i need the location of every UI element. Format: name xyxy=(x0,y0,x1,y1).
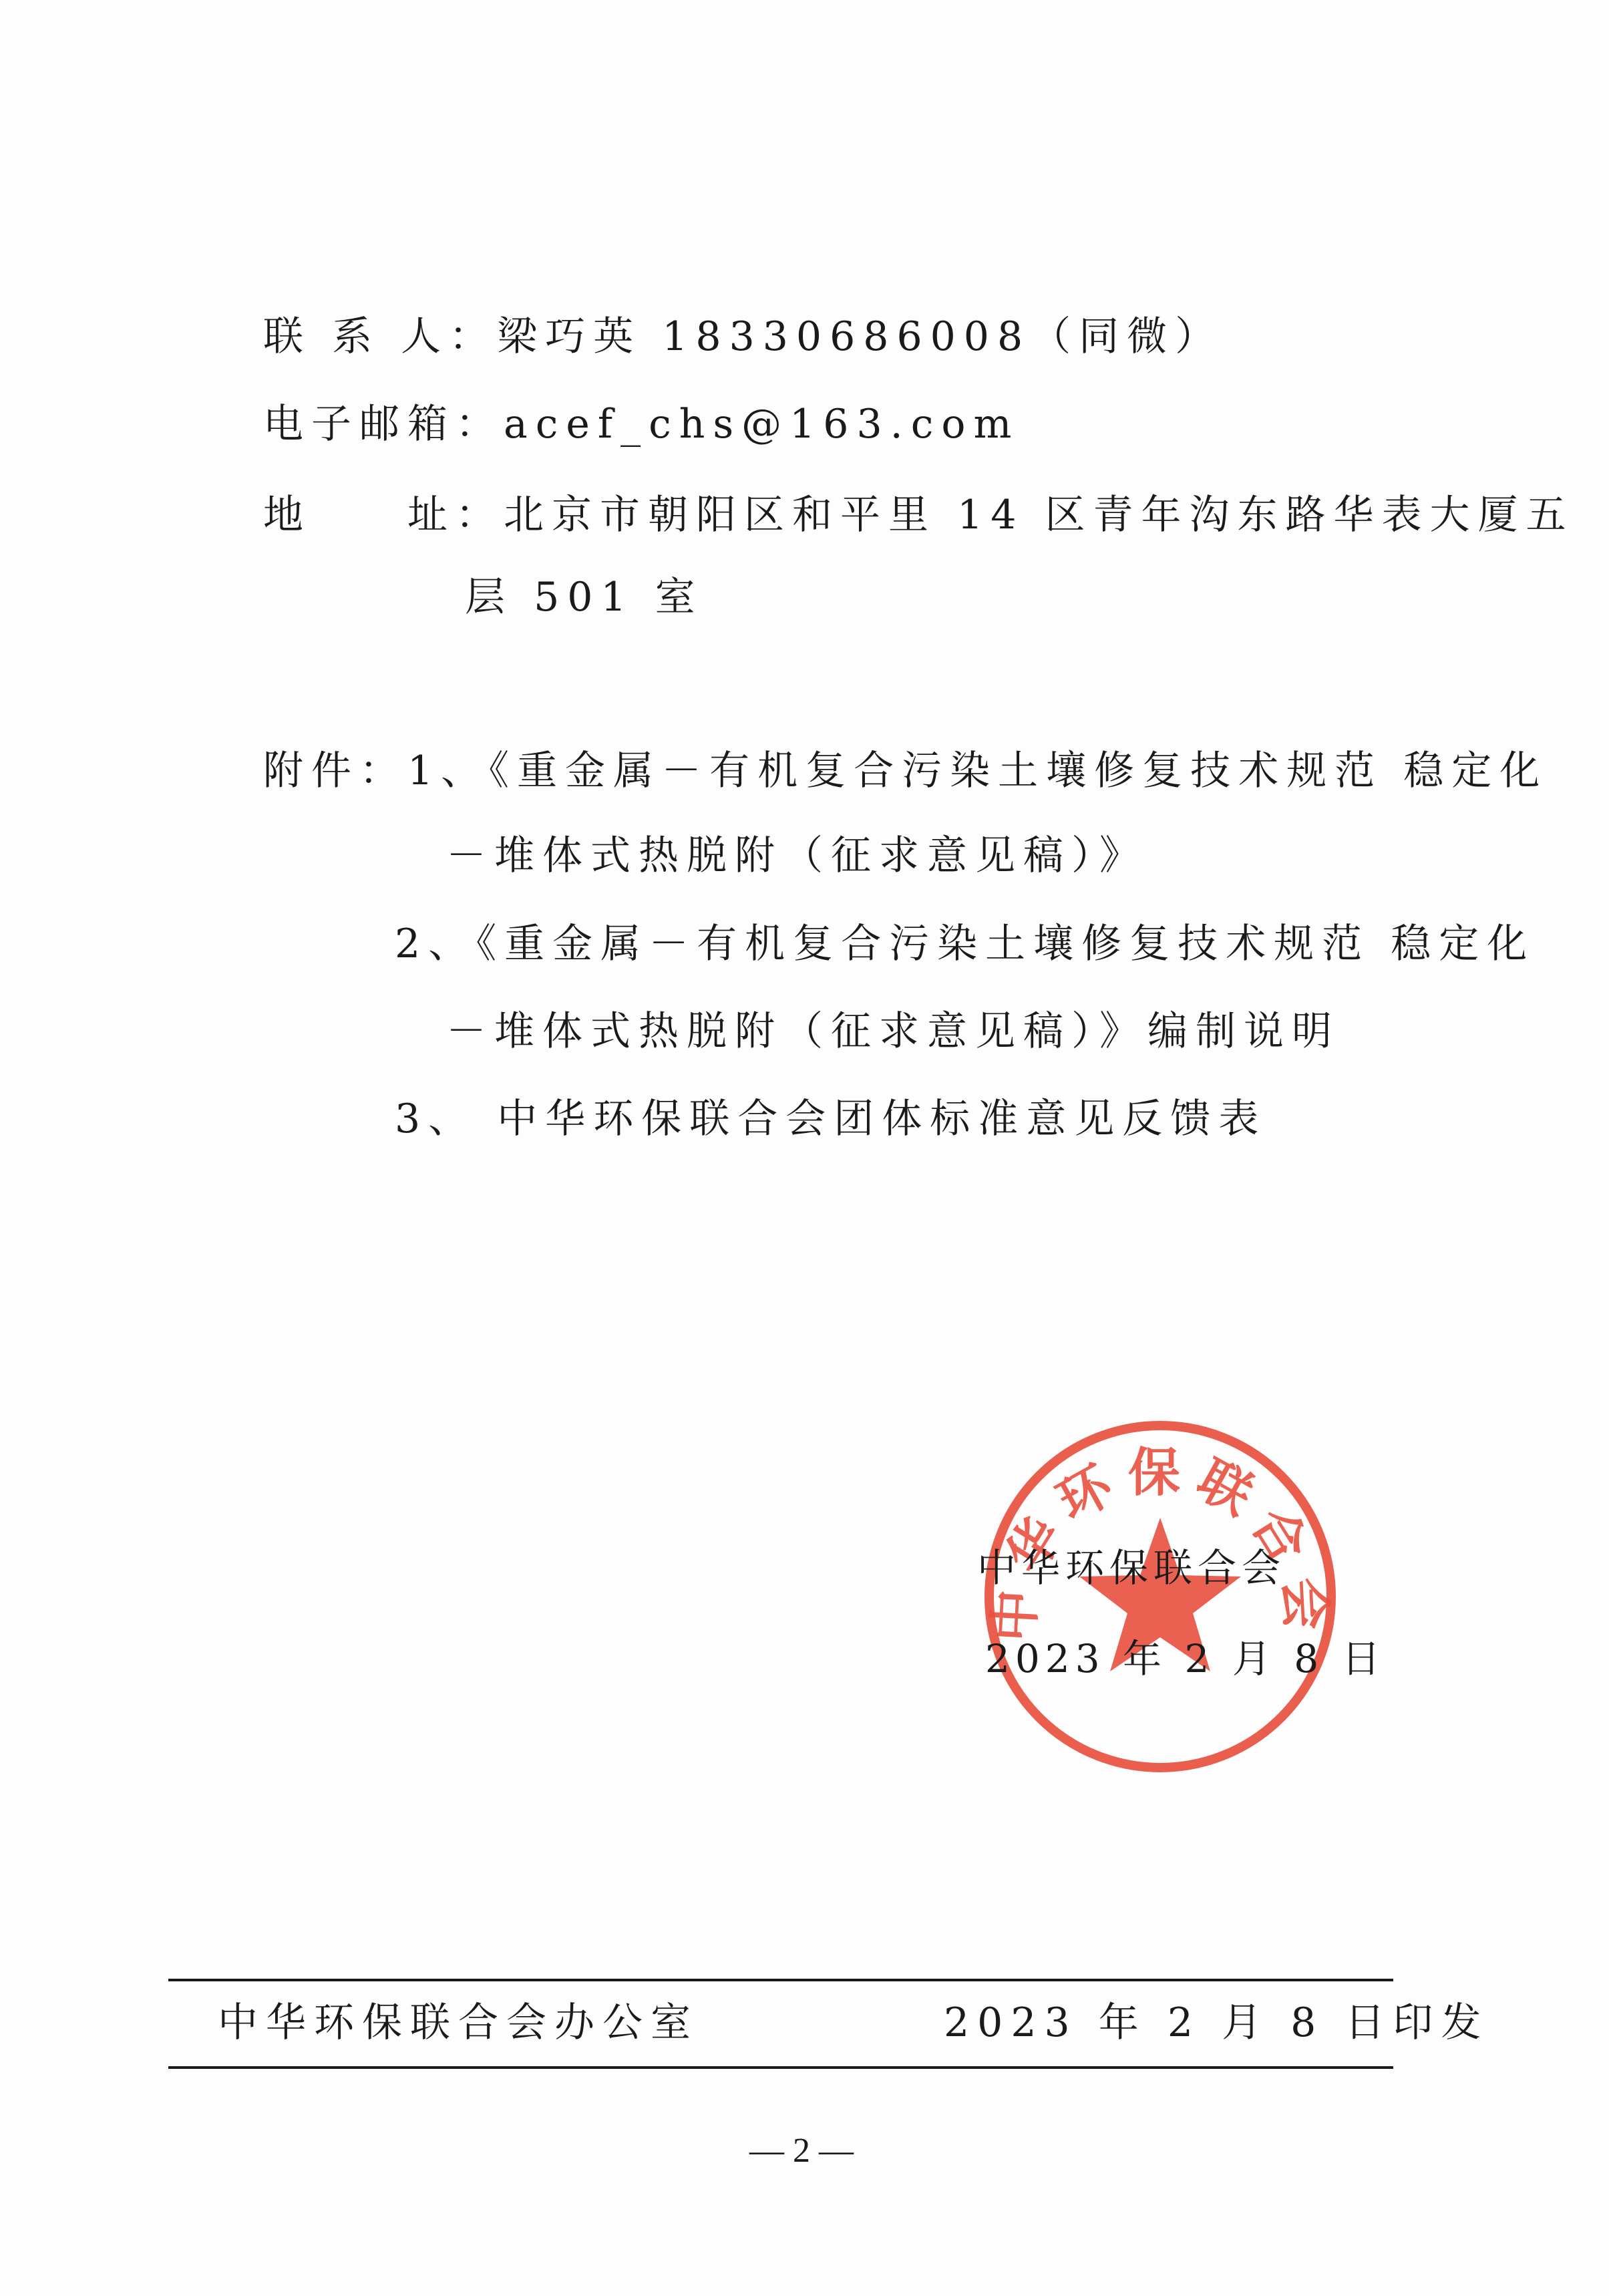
contact-address-line: 地 址：北京市朝阳区和平里 14 区青年沟东路华表大厦五 xyxy=(263,488,1574,542)
signature-date: 2023 年 2 月 8 日 xyxy=(985,1635,1386,1682)
attachment-1-line-1: 附件：1、《重金属－有机复合污染土壤修复技术规范 稳定化 xyxy=(263,744,1548,798)
footer-top-rule xyxy=(168,1979,1393,1981)
contact-person-value: 梁巧英 18330686008（同微） xyxy=(497,313,1223,360)
attachments-label: 附件： xyxy=(263,748,407,794)
page-number: — 2 — xyxy=(735,2128,868,2174)
contact-address-line-2: 层 501 室 xyxy=(465,570,703,624)
attachment-1-title-cont: －堆体式热脱附（征求意见稿）》 xyxy=(446,832,1147,879)
attachment-3-line: 3、 中华环保联合会团体标准意见反馈表 xyxy=(395,1092,1266,1146)
contact-email-line: 电子邮箱：acef_chs@163.com xyxy=(263,397,1019,451)
contact-address-value-cont: 层 501 室 xyxy=(465,574,703,621)
official-seal: 中华环保联合会 xyxy=(981,1418,1339,1776)
signature-organization: 中华环保联合会 xyxy=(977,1544,1286,1591)
footer-issuer: 中华环保联合会办公室 xyxy=(218,1996,699,2049)
attachment-2-title-cont: －堆体式热脱附（征求意见稿）》编制说明 xyxy=(446,1008,1340,1055)
contact-address-value: 北京市朝阳区和平里 14 区青年沟东路华表大厦五 xyxy=(504,492,1574,538)
contact-person-line: 联 系 人：梁巧英 18330686008（同微） xyxy=(263,310,1223,363)
attachment-3-title: 3、 中华环保联合会团体标准意见反馈表 xyxy=(395,1096,1266,1142)
contact-address-label: 地 址： xyxy=(263,492,504,538)
contact-email-label: 电子邮箱： xyxy=(263,401,504,448)
footer-issued-date: 2023 年 2 月 8 日印发 xyxy=(944,1996,1489,2049)
contact-person-label: 联 系 人： xyxy=(263,313,497,360)
attachment-1-line-2: －堆体式热脱附（征求意见稿）》 xyxy=(446,829,1147,882)
contact-email-value: acef_chs@163.com xyxy=(504,401,1019,448)
attachment-2-line-2: －堆体式热脱附（征求意见稿）》编制说明 xyxy=(446,1005,1340,1058)
attachment-2-line-1: 2、《重金属－有机复合污染土壤修复技术规范 稳定化 xyxy=(395,917,1535,971)
attachment-2-title: 2、《重金属－有机复合污染土壤修复技术规范 稳定化 xyxy=(395,921,1535,967)
document-page: 联 系 人：梁巧英 18330686008（同微） 电子邮箱：acef_chs@… xyxy=(0,0,1609,2296)
footer-bottom-rule xyxy=(168,2066,1393,2069)
attachment-1-title: 1、《重金属－有机复合污染土壤修复技术规范 稳定化 xyxy=(407,748,1548,794)
